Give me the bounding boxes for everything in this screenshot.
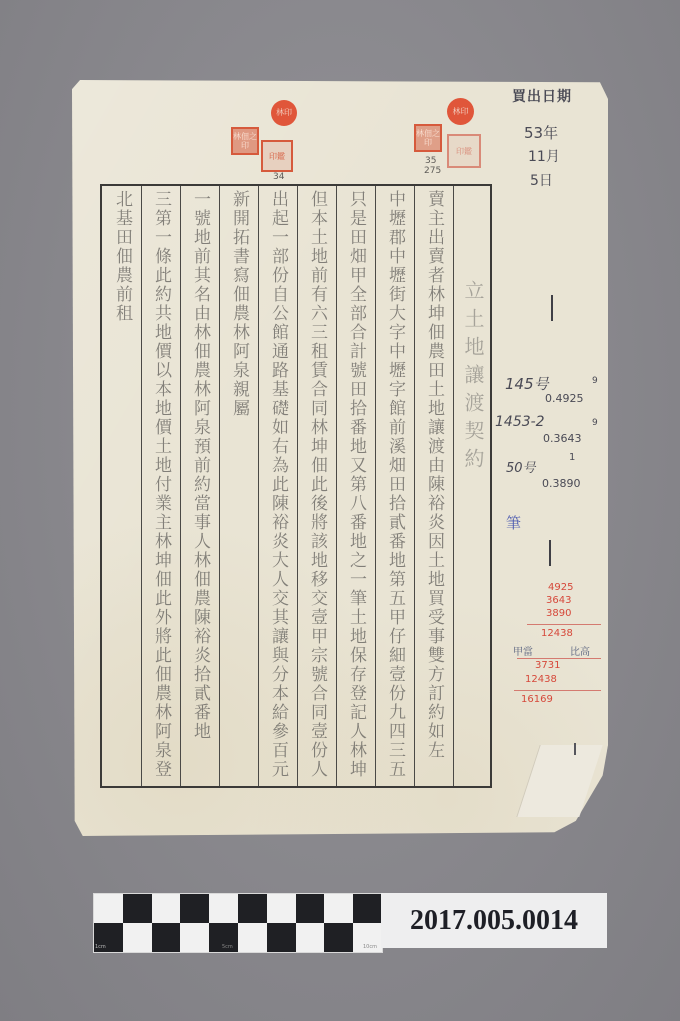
calc-rule-3 — [514, 690, 601, 691]
square-seal-2: 印鑑 — [261, 140, 293, 172]
parcel-1-unit: 9 — [592, 376, 598, 386]
calc-line-3: 3890 — [546, 608, 571, 619]
seal-text: 印鑑 — [269, 152, 285, 161]
parcel-1-value: 0.4925 — [545, 392, 584, 405]
seal-text: 林佃之印 — [416, 129, 440, 147]
seal-text: 林佃之印 — [233, 132, 257, 150]
parcel-2-value: 0.3643 — [543, 432, 582, 445]
scale-label-start: 1cm — [95, 944, 106, 950]
square-seal-1: 林佃之印 — [231, 127, 259, 155]
seal-text: 林印 — [453, 107, 469, 117]
text-column-9: 三第一條此約共地價以本地價土地付業主林坤佃此外將此佃農林阿泉登記但其登 — [141, 190, 180, 782]
parcel-3-value: 0.3890 — [542, 477, 581, 490]
calc-label-right: 比高 — [570, 643, 590, 658]
round-seal-right: 林印 — [447, 98, 474, 125]
accession-number-label: 2017.005.0014 — [381, 893, 607, 948]
scale-label-end: 10cm — [363, 944, 377, 950]
calc-line-1: 4925 — [548, 582, 573, 593]
text-column-6: 出起一部份自公館通路基礎如右為此陳裕炎大人交其讓與分本給參百元 — [258, 190, 297, 782]
calc-rule-2 — [517, 658, 601, 659]
parcel-3-label: 50号 — [506, 457, 536, 476]
vertical-mark-2 — [549, 540, 551, 566]
date-header-label: 買出日期 — [512, 86, 572, 106]
scale-label-mid: 5cm — [222, 944, 233, 950]
calc-subtotal: 12438 — [541, 628, 573, 639]
calc-label-left: 甲當 — [513, 643, 533, 658]
text-column-2: 賣主出賣者林坤佃農田土地讓渡由陳裕炎因土地買受事雙方訂約如左 — [414, 190, 453, 782]
text-column-5: 但本土地前有六三租賃合同林坤佃此後將該地移交壹甲宗號合同壹份人壹號之式 — [297, 190, 336, 782]
corner-pencil-mark — [574, 743, 576, 755]
vertical-mark-1 — [551, 295, 553, 321]
date-year: 53年 — [524, 122, 558, 143]
seal-text: 林印 — [276, 108, 292, 118]
color-scale-bar — [93, 893, 383, 953]
calc-rule-1 — [527, 624, 601, 625]
square-seal-3: 林佃之印 — [414, 124, 442, 152]
date-month: 11月 — [528, 146, 560, 166]
calc-row-a: 3731 — [535, 660, 560, 671]
seal-number-right-bottom: 275 — [424, 166, 441, 176]
calc-total: 16169 — [521, 694, 553, 705]
square-seal-4: 印鑑 — [447, 134, 481, 168]
date-day: 5日 — [530, 170, 553, 190]
parcel-2-label: 1453-2 — [495, 414, 545, 430]
text-column-7: 新開拓書寫佃農林阿泉親屬 — [219, 190, 258, 782]
seal-number-left: 34 — [273, 172, 284, 182]
ruled-writing-frame: 立土地讓渡契約 賣主出賣者林坤佃農田土地讓渡由陳裕炎因土地買受事雙方訂約如左 中… — [100, 184, 492, 788]
parcel-1-label: 145号 — [505, 373, 549, 394]
parcel-3-unit: 1 — [569, 452, 575, 463]
parcel-2-unit: 9 — [592, 418, 598, 428]
text-column-8: 一號地前其名由林佃農林阿泉預前約當事人林佃農陳裕炎拾貳番地 — [180, 190, 219, 782]
text-column-10: 北基田佃農前租 — [102, 190, 141, 782]
seal-number-right-top: 35 — [425, 156, 436, 166]
calc-line-2: 3643 — [546, 595, 571, 606]
text-column-4: 只是田畑甲全部合計號田拾番地又第八番地之一筆土地保存登記人林坤佃林有之業 — [336, 190, 375, 782]
text-column-3: 中壢郡中壢街大字中壢字館前溪畑田拾貳番地第五甲仔細壹份九四三五甲合計壹筆土地出賣… — [375, 190, 414, 782]
blue-ink-mark: 筆 — [506, 512, 521, 533]
contract-title-column: 立土地讓渡契約 — [453, 190, 492, 782]
seal-text: 印鑑 — [456, 147, 472, 156]
calc-row-b: 12438 — [525, 674, 557, 685]
round-seal-left: 林印 — [271, 100, 297, 126]
